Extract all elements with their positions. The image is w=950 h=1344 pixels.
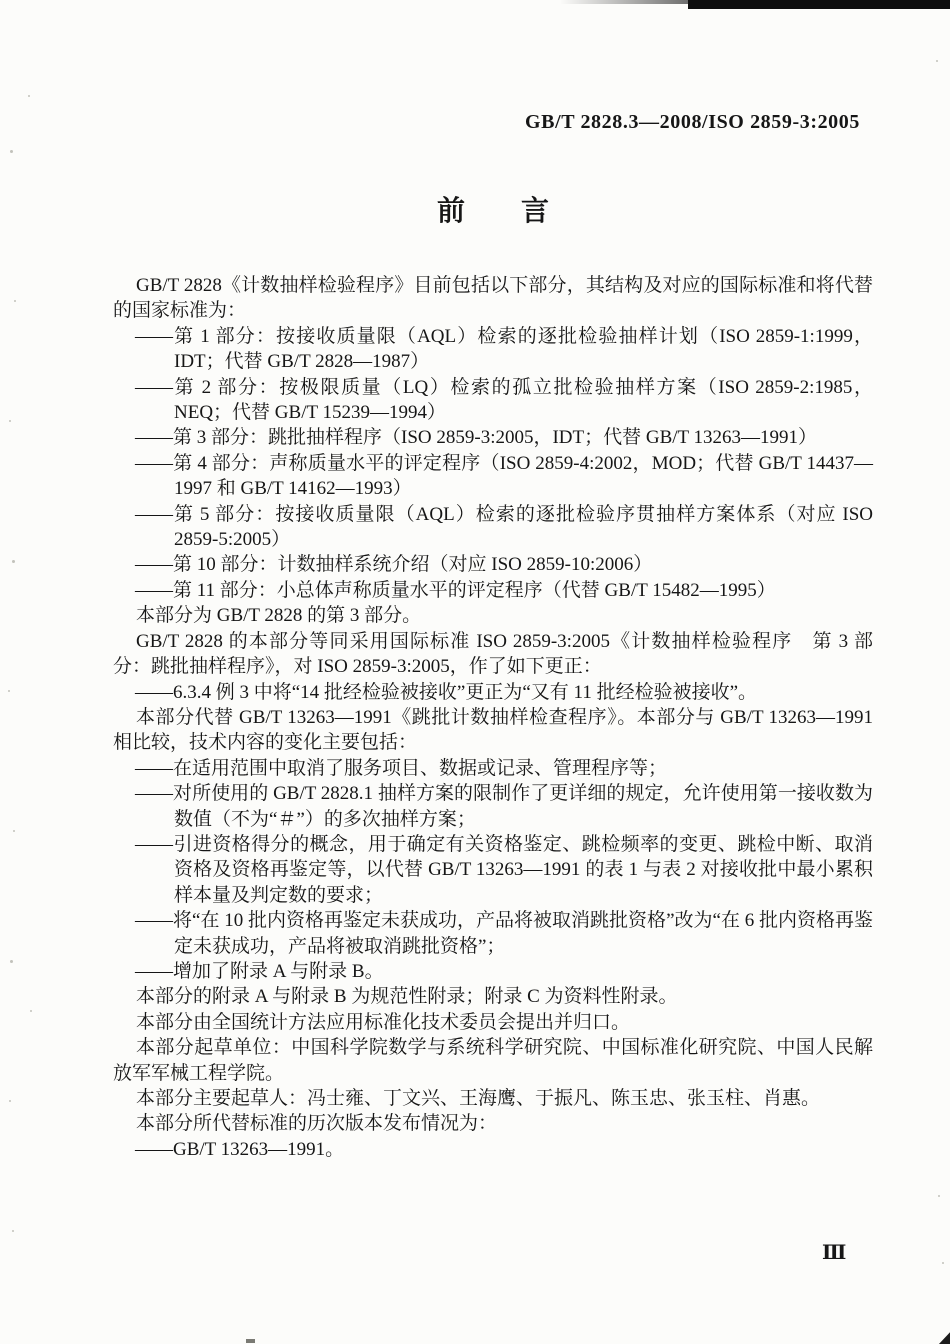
scan-speck	[938, 1195, 940, 1197]
foreword-list-item: ——第 1 部分：按接收质量限（AQL）检索的逐批检验抽样计划（ISO 2859…	[113, 324, 873, 375]
page-title: 前 言	[113, 189, 873, 229]
foreword-list-item: ——第 11 部分：小总体声称质量水平的评定程序（代替 GB/T 15482—1…	[113, 578, 873, 603]
foreword-paragraph: GB/T 2828 的本部分等同采用国际标准 ISO 2859-3:2005《计…	[113, 629, 873, 680]
scan-artifact-top-band-gray	[560, 0, 690, 4]
scan-speck	[9, 1100, 11, 1102]
scan-speck	[13, 830, 15, 832]
foreword-list-item: ——6.3.4 例 3 中将“14 批经检验被接收”更正为“又有 11 批经检验…	[113, 680, 873, 705]
scan-speck	[14, 300, 16, 302]
foreword-list-item: ——第 2 部分：按极限质量（LQ）检索的孤立批检验抽样方案（ISO 2859-…	[113, 375, 873, 426]
scan-artifact-top-band-black	[688, 0, 950, 9]
foreword-list-item: ——引进资格得分的概念，用于确定有关资格鉴定、跳检频率的变更、跳检中断、取消资格…	[113, 832, 873, 908]
scan-speck	[12, 1230, 14, 1232]
scan-artifact-bottom-mark	[246, 1339, 255, 1343]
foreword-paragraph: GB/T 2828《计数抽样检验程序》目前包括以下部分，其结构及对应的国际标准和…	[113, 273, 873, 324]
scan-speck	[30, 1010, 32, 1012]
standard-number-header: GB/T 2828.3—2008/ISO 2859-3:2005	[525, 111, 860, 134]
scan-speck	[936, 60, 938, 62]
scan-speck	[12, 560, 15, 563]
foreword-paragraph: 本部分为 GB/T 2828 的第 3 部分。	[113, 603, 873, 628]
scan-speck	[8, 690, 10, 692]
scan-speck	[28, 95, 30, 97]
foreword-list-item: ——增加了附录 A 与附录 B。	[113, 959, 873, 984]
foreword-list-item: ——对所使用的 GB/T 2828.1 抽样方案的限制作了更详细的规定，允许使用…	[113, 781, 873, 832]
foreword-list-item: ——第 3 部分：跳批抽样程序（ISO 2859-3:2005，IDT；代替 G…	[113, 425, 873, 450]
scan-speck	[942, 1262, 944, 1264]
foreword-paragraph: 本部分由全国统计方法应用标准化技术委员会提出并归口。	[113, 1010, 873, 1035]
foreword-paragraph: 本部分代替 GB/T 13263—1991《跳批计数抽样检查程序》。本部分与 G…	[113, 705, 873, 756]
scan-speck	[10, 150, 13, 153]
page-number: Ⅲ	[822, 1240, 846, 1265]
foreword-list-item: ——第 5 部分：按接收质量限（AQL）检索的逐批检验序贯抽样方案体系（对应 I…	[113, 502, 873, 553]
scan-speck	[9, 420, 11, 422]
foreword-paragraph: 本部分起草单位：中国科学院数学与系统科学研究院、中国标准化研究院、中国人民解放军…	[113, 1035, 873, 1086]
foreword-list-item: ——第 10 部分：计数抽样系统介绍（对应 ISO 2859-10:2006）	[113, 552, 873, 577]
foreword-paragraph: 本部分所代替标准的历次版本发布情况为：	[113, 1111, 873, 1136]
foreword-list-item: ——在适用范围中取消了服务项目、数据或记录、管理程序等；	[113, 756, 873, 781]
document-page: GB/T 2828.3—2008/ISO 2859-3:2005 前 言 GB/…	[0, 0, 950, 1344]
foreword-paragraph: 本部分的附录 A 与附录 B 为规范性附录；附录 C 为资料性附录。	[113, 984, 873, 1009]
foreword-list-item: ——第 4 部分：声称质量水平的评定程序（ISO 2859-4:2002，MOD…	[113, 451, 873, 502]
foreword-paragraph: 本部分主要起草人：冯士雍、丁文兴、王海鹰、于振凡、陈玉忠、张玉柱、肖惠。	[113, 1086, 873, 1111]
foreword-list-item: ——GB/T 13263—1991。	[113, 1137, 873, 1162]
scan-artifact-corner-mark	[933, 1331, 950, 1344]
foreword-list-item: ——将“在 10 批内资格再鉴定未获成功，产品将被取消跳批资格”改为“在 6 批…	[113, 908, 873, 959]
foreword-body: GB/T 2828《计数抽样检验程序》目前包括以下部分，其结构及对应的国际标准和…	[113, 273, 873, 1162]
scan-speck	[10, 960, 13, 963]
